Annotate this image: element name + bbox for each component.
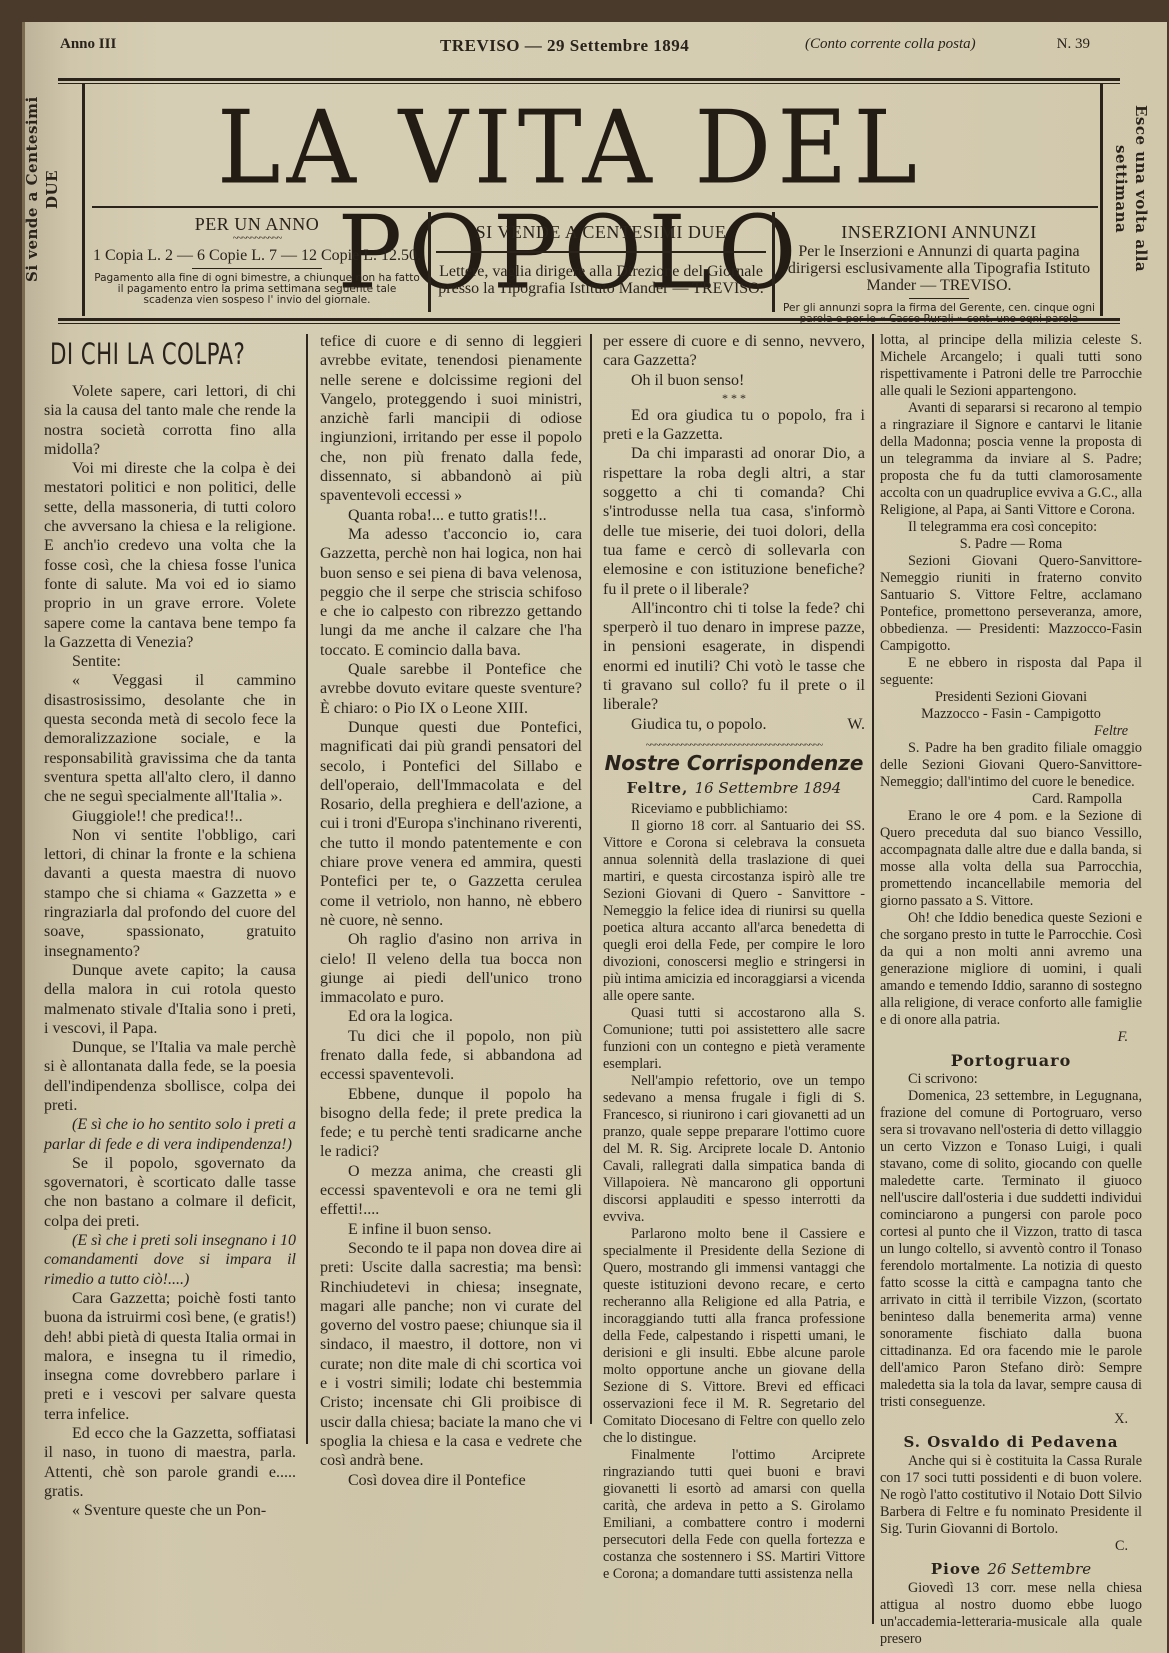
dateline: TREVISO — 29 Settembre 1894 xyxy=(440,36,689,56)
paragraph: Oh il buon senso! xyxy=(603,371,865,390)
paragraph: Se il popolo, sgovernato da sgovernatori… xyxy=(44,1154,296,1231)
paragraph: Nell'ampio refettorio, ove un tempo sede… xyxy=(603,1073,865,1226)
wavy-divider: ~~~~~~~~~~~~~~~~~~~~~~~~~~~~~~~~~~~~~~~~ xyxy=(603,742,865,750)
side-rule-right xyxy=(1100,84,1103,316)
paragraph: Oh raglio d'asino non arriva in cielo! I… xyxy=(320,930,582,1007)
ads-box: INSERZIONI ANNUNZI Per le Inserzioni e A… xyxy=(780,212,1098,312)
paragraph: Domenica, 23 settembre, in Legugnana, fr… xyxy=(880,1088,1142,1411)
paragraph: Oh! che Iddio benedica queste Sezioni e … xyxy=(880,910,1142,1029)
paragraph: Ed ora giudica tu o popolo, fra i preti … xyxy=(603,406,865,445)
paragraph: Volete sapere, cari lettori, di chi sia … xyxy=(44,382,296,459)
paragraph: Giovedì 13 corr. mese nella chiesa attig… xyxy=(880,1580,1142,1648)
paragraph: Dunque questi due Pontefici, magnificati… xyxy=(320,718,582,930)
article-signature: C. xyxy=(880,1538,1142,1555)
subscription-prices: 1 Copia L. 2 — 6 Copie L. 7 — 12 Copie L… xyxy=(92,247,422,264)
column-1: DI CHI LA COLPA? Volete sapere, cari let… xyxy=(44,332,296,1521)
column-4: lotta, al principe della milizia celeste… xyxy=(880,332,1142,1648)
price-heading: SI VENDE A CENTESIMI DUE xyxy=(436,222,766,243)
masthead-top-line: Anno III TREVISO — 29 Settembre 1894 (Co… xyxy=(60,36,1090,56)
paragraph: Finalmente l'ottimo Arciprete ringrazian… xyxy=(603,1447,865,1583)
paragraph: E infine il buon senso. xyxy=(320,1220,582,1239)
reply-text: S. Padre ha ben gradito filiale omaggio … xyxy=(880,740,1142,791)
closing-line: Giudica tu, o popolo.W. xyxy=(603,715,865,734)
paragraph: lotta, al principe della milizia celeste… xyxy=(880,332,1142,400)
dateline-feltre: Feltre, 16 Settembre 1894 xyxy=(603,779,865,798)
paragraph: Avanti di separarsi si recarono al tempi… xyxy=(880,400,1142,519)
paragraph: All'incontro chi ti tolse la fede? chi s… xyxy=(603,599,865,715)
reply-place: Feltre xyxy=(880,723,1142,740)
paragraph: tefice di cuore e di senno di leggieri a… xyxy=(320,332,582,506)
paragraph: Dunque avete capito; la causa della malo… xyxy=(44,961,296,1038)
paragraph: Parlarono molto bene il Cassiere e speci… xyxy=(603,1226,865,1447)
box-rule-1 xyxy=(428,212,431,312)
dateline-pedavena: S. Osvaldo di Pedavena xyxy=(880,1434,1142,1451)
paragraph: Sentite: xyxy=(44,652,296,671)
header-rule-bottom xyxy=(58,318,1120,321)
masthead-rule-top-thin xyxy=(58,83,1120,84)
issue-number: N. 39 xyxy=(1057,36,1090,53)
postal-note: (Conto corrente colla posta) xyxy=(805,36,976,53)
paragraph: per essere di cuore e di senno, nevvero,… xyxy=(603,332,865,371)
dateline-portogruaro: Portogruaro xyxy=(880,1052,1142,1069)
price-text: Lettere, vaglia dirigere alla Direzione … xyxy=(436,263,766,297)
paragraph: Ma adesso t'acconcio io, cara Gazzetta, … xyxy=(320,525,582,660)
side-banner-right: Esce una volta alla settimana xyxy=(1107,84,1151,294)
paragraph: Voi mi direste che la colpa è dei mestat… xyxy=(44,459,296,652)
paragraph: Anche qui si è costituita la Cassa Rural… xyxy=(880,1453,1142,1538)
paragraph: Ci scrivono: xyxy=(880,1071,1142,1088)
column-rule-3 xyxy=(872,334,874,1624)
paragraph: Erano le ore 4 pom. e la Sezione di Quer… xyxy=(880,808,1142,910)
paragraph: Quale sarebbe il Pontefice che avrebbe d… xyxy=(320,660,582,718)
reply-address: Mazzocco - Fasin - Campigotto xyxy=(880,706,1142,723)
ads-note: Per gli annunzi sopra la firma del Geren… xyxy=(780,303,1098,325)
paragraph: Secondo te il papa non dovea dire ai pre… xyxy=(320,1239,582,1471)
divider xyxy=(909,298,969,299)
column-rule-2 xyxy=(590,334,592,1424)
telegram-address: S. Padre — Roma xyxy=(880,536,1142,553)
telegram-text: Sezioni Giovani Quero-Sanvittore-Nemeggi… xyxy=(880,553,1142,655)
volume-label: Anno III xyxy=(60,36,116,53)
box-rule-2 xyxy=(772,212,775,312)
aside-paragraph: (E sì che io ho sentito solo i preti a p… xyxy=(44,1115,296,1154)
paragraph: E ne ebbero in risposta dal Papa il segu… xyxy=(880,655,1142,689)
paragraph: Così dovea dire il Pontefice xyxy=(320,1471,582,1490)
paragraph: Da chi imparasti ad onorar Dio, a rispet… xyxy=(603,444,865,598)
paragraph: Non vi sentite l'obbligo, cari lettori, … xyxy=(44,826,296,961)
paragraph: Giuggiole!! che predica!!.. xyxy=(44,807,296,826)
paragraph: Il telegramma era così concepito: xyxy=(880,519,1142,536)
paragraph: Il giorno 18 corr. al Santuario dei SS. … xyxy=(603,818,865,1005)
header-rule-bottom-thin xyxy=(58,323,1120,324)
newspaper-title: LA VITA DEL POPOLO xyxy=(80,95,1060,211)
section-title: Nostre Corrispondenze xyxy=(603,754,865,773)
paragraph: « Sventure queste che un Pon- xyxy=(44,1501,296,1520)
quote-paragraph: « Veggasi il cammino disastrosissimo, de… xyxy=(44,671,296,806)
subscription-heading: PER UN ANNO xyxy=(92,214,422,235)
paragraph: O mezza anima, che creasti gli eccessi s… xyxy=(320,1162,582,1220)
ads-text: Per le Inserzioni e Annunzi di quarta pa… xyxy=(780,243,1098,294)
article-signature: F. xyxy=(880,1029,1142,1046)
divider xyxy=(436,251,766,253)
ads-heading: INSERZIONI ANNUNZI xyxy=(780,222,1098,243)
paragraph: Quasi tutti si accostarono alla S. Comun… xyxy=(603,1005,865,1073)
paragraph: Ed ora la logica. xyxy=(320,1007,582,1026)
price-box: SI VENDE A CENTESIMI DUE Lettere, vaglia… xyxy=(436,212,766,312)
subscription-box: PER UN ANNO ~~~~~~~~~~~ 1 Copia L. 2 — 6… xyxy=(92,212,422,312)
column-2: tefice di cuore e di senno di leggieri a… xyxy=(320,332,582,1490)
paragraph: Quanta roba!... e tutto gratis!!.. xyxy=(320,506,582,525)
side-banner-left: Si vende a Centesimi DUE xyxy=(22,84,66,294)
paragraph: Riceviamo e pubblichiamo: xyxy=(603,801,865,818)
title-rule xyxy=(92,206,1098,208)
paragraph: Ed ecco che la Gazzetta, soffiatasi il n… xyxy=(44,1424,296,1501)
article-signature: X. xyxy=(880,1411,1142,1428)
reply-address: Presidenti Sezioni Giovani xyxy=(880,689,1142,706)
column-3: per essere di cuore e di senno, nevvero,… xyxy=(603,332,865,1583)
subscription-note: Pagamento alla fine di ogni bimestre, a … xyxy=(92,273,422,306)
paragraph: Ebbene, dunque il popolo ha bisogno dell… xyxy=(320,1085,582,1162)
reply-signature: Card. Rampolla xyxy=(880,791,1142,808)
paragraph: Tu dici che il popolo, non più frenato d… xyxy=(320,1027,582,1085)
aside-paragraph: (E sì che i preti soli insegnano i 10 co… xyxy=(44,1231,296,1289)
section-separator: * * * xyxy=(603,390,865,406)
article-signature: W. xyxy=(819,715,865,734)
masthead-rule-top xyxy=(58,78,1120,81)
dateline-piove: Piove 26 Settembre xyxy=(880,1561,1142,1578)
column-rule-1 xyxy=(306,334,308,1444)
paragraph: Cara Gazzetta; poichè fosti tanto buona … xyxy=(44,1289,296,1424)
divider xyxy=(192,268,322,269)
paragraph: Dunque, se l'Italia va male perchè si è … xyxy=(44,1038,296,1115)
article-headline: DI CHI LA COLPA? xyxy=(50,332,252,376)
